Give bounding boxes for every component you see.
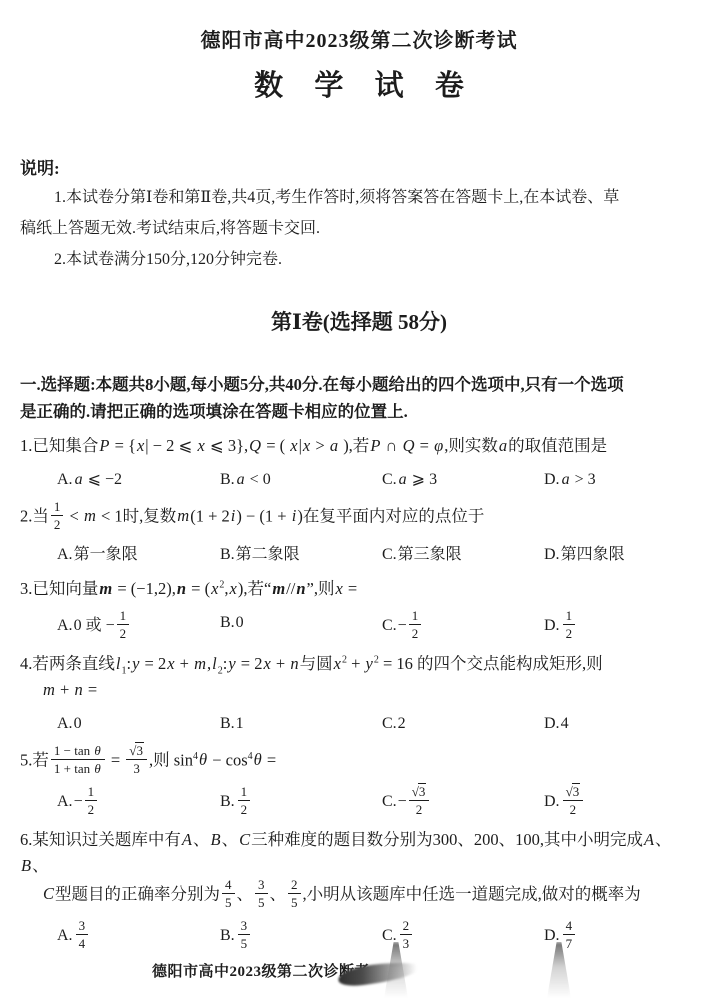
option: B.35 — [220, 920, 382, 953]
option: B.12 — [220, 786, 382, 819]
radicand: 3 — [135, 742, 144, 758]
options-row: A.第一象限B.第二象限C.第三象限D.第四象限 — [20, 542, 698, 568]
option: C.2 — [382, 711, 544, 737]
fraction: 12 — [85, 784, 98, 817]
math-variable: A — [643, 830, 655, 849]
math-variable: x — [262, 654, 271, 673]
math-variable: m — [83, 506, 97, 525]
fraction: 12 — [51, 499, 64, 532]
option-label: C. — [382, 546, 397, 563]
math-variable: i — [291, 506, 298, 525]
option: D.a > 3 — [544, 467, 698, 493]
fraction-numerator: √3 — [126, 743, 147, 760]
fraction-denominator: 2 — [238, 801, 251, 817]
page-footer: 德阳市高中2023级第二次诊断考 — [152, 960, 370, 981]
math-variable: P — [98, 436, 110, 455]
math-variable: x — [289, 436, 298, 455]
fraction-denominator: 4 — [76, 935, 89, 951]
math-variable: Q — [248, 436, 262, 455]
option-label: C. — [382, 715, 397, 732]
question-stem: 1.已知集合P = {x| − 2 ⩽ x ⩽ 3},Q = ( x|x > a… — [20, 433, 698, 459]
question-stem: 2.当12 < m < 1时,复数m(1 + 2i) − (1 + i)在复平面… — [20, 501, 698, 534]
math-variable: x — [136, 436, 145, 455]
fraction: 47 — [563, 918, 576, 951]
option-label: B. — [220, 927, 235, 944]
superscript: 4 — [248, 751, 253, 762]
fraction-numerator: 4 — [222, 877, 235, 894]
math-variable: x — [196, 436, 205, 455]
fraction-denominator: 3 — [400, 935, 413, 951]
option-label: D. — [544, 546, 560, 563]
math-variable: x — [229, 579, 238, 598]
fraction: 23 — [400, 918, 413, 951]
fraction-numerator: 1 − tan θ — [51, 743, 105, 760]
fraction-numerator: √3 — [409, 784, 430, 801]
fraction-denominator: 3 — [126, 760, 147, 776]
option: B.a < 0 — [220, 467, 382, 493]
fraction-numerator: 2 — [288, 877, 301, 894]
fraction-denominator: 2 — [51, 516, 64, 532]
superscript: 2 — [219, 580, 224, 591]
option-label: D. — [544, 617, 560, 634]
fraction-numerator: 3 — [76, 918, 89, 935]
fraction-denominator: 1 + tan θ — [51, 760, 105, 776]
option: C.23 — [382, 920, 544, 953]
vector-variable: m — [98, 579, 113, 598]
exam-subject-title: 数 学 试 卷 — [20, 66, 698, 106]
exam-document: 德阳市高中2023级第二次诊断考试 数 学 试 卷 说明: 1.本试卷分第Ⅰ卷和… — [0, 0, 718, 953]
question-6: 6.某知识过关题库中有A、B、C三种难度的题目数分别为300、200、100,其… — [20, 827, 698, 953]
option: C.a ⩾ 3 — [382, 467, 544, 493]
option: B.1 — [220, 711, 382, 737]
fraction-numerator: 1 — [117, 608, 130, 625]
text-line: 一.选择题:本题共8小题,每小题5分,共40分.在每小题给出的四个选项中,只有一… — [20, 371, 698, 398]
math-variable: a — [236, 471, 246, 488]
question-2: 2.当12 < m < 1时,复数m(1 + 2i) − (1 + i)在复平面… — [20, 501, 698, 568]
option-label: A. — [57, 927, 73, 944]
question-stem: 6.某知识过关题库中有A、B、C三种难度的题目数分别为300、200、100,其… — [20, 827, 698, 879]
fraction: √32 — [409, 784, 430, 817]
square-root: √3 — [566, 783, 581, 799]
fraction-denominator: 2 — [409, 801, 430, 817]
math-variable: n — [73, 680, 83, 699]
fraction: 12 — [117, 608, 130, 641]
option: A.第一象限 — [57, 542, 220, 568]
math-variable: x — [210, 579, 219, 598]
math-variable: m — [42, 680, 56, 699]
option-label: D. — [544, 927, 560, 944]
vector-variable: n — [176, 579, 187, 598]
instructions-heading: 说明: — [20, 156, 698, 182]
fraction: 35 — [255, 877, 268, 910]
instruction-item-1: 1.本试卷分第Ⅰ卷和第Ⅱ卷,共4页,考生作答时,须将答案答在答题卡上,在本试卷、… — [20, 182, 698, 244]
fraction: 25 — [288, 877, 301, 910]
math-variable: a — [398, 471, 408, 488]
fraction: 12 — [409, 608, 422, 641]
radicand: 3 — [572, 783, 581, 799]
option-label: C. — [382, 617, 397, 634]
fraction-denominator: 7 — [563, 935, 576, 951]
vector-variable: n — [295, 579, 306, 598]
math-variable: Q — [402, 436, 416, 455]
exam-page: { "colors": { "ink": "#1c1c1c", "paper":… — [0, 0, 718, 998]
option-label: B. — [220, 715, 235, 732]
math-variable: x — [166, 654, 175, 673]
math-variable: l — [211, 654, 218, 673]
math-variable: y — [227, 654, 236, 673]
exam-session-title: 德阳市高中2023级第二次诊断考试 — [20, 0, 698, 54]
section-heading: 第Ⅰ卷(选择题 58分) — [20, 307, 698, 337]
fraction: √33 — [126, 743, 147, 776]
text-line: 2.本试卷满分150分,120分钟完卷. — [20, 244, 698, 275]
fraction-denominator: 2 — [563, 625, 576, 641]
fraction-numerator: 2 — [400, 918, 413, 935]
option-label: C. — [382, 471, 397, 488]
math-variable: φ — [433, 436, 444, 455]
fraction-numerator: 1 — [409, 608, 422, 625]
option-label: B. — [220, 471, 235, 488]
options-row: A.0B.1C.2D.4 — [20, 711, 698, 737]
math-variable: y — [365, 654, 374, 673]
option-label: D. — [544, 715, 560, 732]
subscript: 2 — [218, 665, 223, 676]
fraction: 12 — [563, 608, 576, 641]
math-variable: a — [561, 471, 571, 488]
math-variable: θ — [93, 743, 101, 758]
fraction-denominator: 2 — [117, 625, 130, 641]
fraction-numerator: 1 — [563, 608, 576, 625]
question-stem: m + n = — [20, 677, 698, 703]
math-variable: n — [289, 654, 299, 673]
question-stem: 3.已知向量m = (−1,2),n = (x2,x),若“m//n”,则x = — [20, 576, 698, 602]
fraction: 12 — [238, 784, 251, 817]
fraction-denominator: 2 — [409, 625, 422, 641]
options-row: A.−12B.12C.−√32D.√32 — [20, 786, 698, 819]
option-label: B. — [220, 614, 235, 631]
questions-list: 1.已知集合P = {x| − 2 ⩽ x ⩽ 3},Q = ( x|x > a… — [20, 433, 698, 953]
options-row: A.a ⩽ −2B.a < 0C.a ⩾ 3D.a > 3 — [20, 467, 698, 493]
fraction: √32 — [563, 784, 584, 817]
option-label: C. — [382, 927, 397, 944]
math-variable: i — [230, 506, 237, 525]
square-root: √3 — [129, 742, 144, 758]
subscript: 1 — [121, 665, 126, 676]
question-stem: 5.若1 − tan θ1 + tan θ = √33,则 sin4θ − co… — [20, 745, 698, 778]
option-label: A. — [57, 793, 73, 810]
text-line: 稿纸上答题无效.考试结束后,将答题卡交回. — [20, 213, 698, 244]
math-variable: θ — [253, 750, 263, 769]
fraction-numerator: √3 — [563, 784, 584, 801]
superscript: 2 — [342, 655, 347, 666]
math-variable: C — [238, 830, 251, 849]
fraction-denominator: 5 — [238, 935, 251, 951]
option: A.0 或 −12 — [57, 610, 220, 643]
fraction-denominator: 5 — [288, 894, 301, 910]
math-variable: θ — [198, 750, 208, 769]
multiple-choice-instructions: 一.选择题:本题共8小题,每小题5分,共40分.在每小题给出的四个选项中,只有一… — [20, 371, 698, 425]
text-line: 是正确的.请把正确的选项填涂在答题卡相应的位置上. — [20, 398, 698, 425]
option-label: D. — [544, 471, 560, 488]
math-variable: θ — [93, 761, 101, 776]
option: A.0 — [57, 711, 220, 737]
option: D.√32 — [544, 786, 698, 819]
fraction-numerator: 3 — [238, 918, 251, 935]
question-3: 3.已知向量m = (−1,2),n = (x2,x),若“m//n”,则x =… — [20, 576, 698, 643]
options-row: A.34B.35C.23D.47 — [20, 920, 698, 953]
math-variable: C — [42, 884, 55, 903]
radicand: 3 — [418, 783, 427, 799]
fraction-denominator: 2 — [85, 801, 98, 817]
option-label: B. — [220, 793, 235, 810]
option: A.−12 — [57, 786, 220, 819]
option: D.12 — [544, 610, 698, 643]
option: D.4 — [544, 711, 698, 737]
fraction-numerator: 4 — [563, 918, 576, 935]
math-variable: B — [20, 856, 32, 875]
math-variable: m — [193, 654, 207, 673]
fraction: 34 — [76, 918, 89, 951]
instruction-item-2: 2.本试卷满分150分,120分钟完卷. — [20, 244, 698, 275]
question-1: 1.已知集合P = {x| − 2 ⩽ x ⩽ 3},Q = ( x|x > a… — [20, 433, 698, 493]
fraction-numerator: 3 — [255, 877, 268, 894]
math-variable: a — [498, 436, 508, 455]
math-variable: P — [369, 436, 381, 455]
fraction-denominator: 5 — [222, 894, 235, 910]
question-4: 4.若两条直线l1:y = 2x + m,l2:y = 2x + n与圆x2 +… — [20, 651, 698, 737]
fraction-numerator: 1 — [238, 784, 251, 801]
math-variable: y — [131, 654, 140, 673]
option: B.0 — [220, 610, 382, 636]
math-variable: m — [176, 506, 190, 525]
option: D.47 — [544, 920, 698, 953]
square-root: √3 — [412, 783, 427, 799]
superscript: 2 — [374, 655, 379, 666]
option: C.−12 — [382, 610, 544, 643]
option: B.第二象限 — [220, 542, 382, 568]
math-variable: x — [302, 436, 311, 455]
math-variable: x — [333, 654, 342, 673]
option-label: A. — [57, 546, 73, 563]
option: A.34 — [57, 920, 220, 953]
fraction: 45 — [222, 877, 235, 910]
fraction-denominator: 5 — [255, 894, 268, 910]
question-stem: C型题目的正确率分别为45、35、25,小明从该题库中任选一道题完成,做对的概率… — [20, 879, 698, 912]
options-row: A.0 或 −12B.0C.−12D.12 — [20, 610, 698, 643]
math-variable: a — [329, 436, 339, 455]
option: D.第四象限 — [544, 542, 698, 568]
option-label: C. — [382, 793, 397, 810]
fraction: 35 — [238, 918, 251, 951]
math-variable: A — [181, 830, 193, 849]
fraction-numerator: 1 — [85, 784, 98, 801]
option-label: A. — [57, 471, 73, 488]
option: C.第三象限 — [382, 542, 544, 568]
fraction-numerator: 1 — [51, 499, 64, 516]
option-label: A. — [57, 617, 73, 634]
option-label: A. — [57, 715, 73, 732]
option-label: D. — [544, 793, 560, 810]
option: A.a ⩽ −2 — [57, 467, 220, 493]
question-5: 5.若1 − tan θ1 + tan θ = √33,则 sin4θ − co… — [20, 745, 698, 819]
math-variable: B — [209, 830, 221, 849]
question-stem: 4.若两条直线l1:y = 2x + m,l2:y = 2x + n与圆x2 +… — [20, 651, 698, 677]
fraction: 1 − tan θ1 + tan θ — [51, 743, 105, 776]
option: C.−√32 — [382, 786, 544, 819]
option-label: B. — [220, 546, 235, 563]
math-variable: x — [334, 579, 343, 598]
text-line: 1.本试卷分第Ⅰ卷和第Ⅱ卷,共4页,考生作答时,须将答案答在答题卡上,在本试卷、… — [20, 182, 698, 213]
vector-variable: m — [271, 579, 286, 598]
math-variable: a — [74, 471, 84, 488]
fraction-denominator: 2 — [563, 801, 584, 817]
